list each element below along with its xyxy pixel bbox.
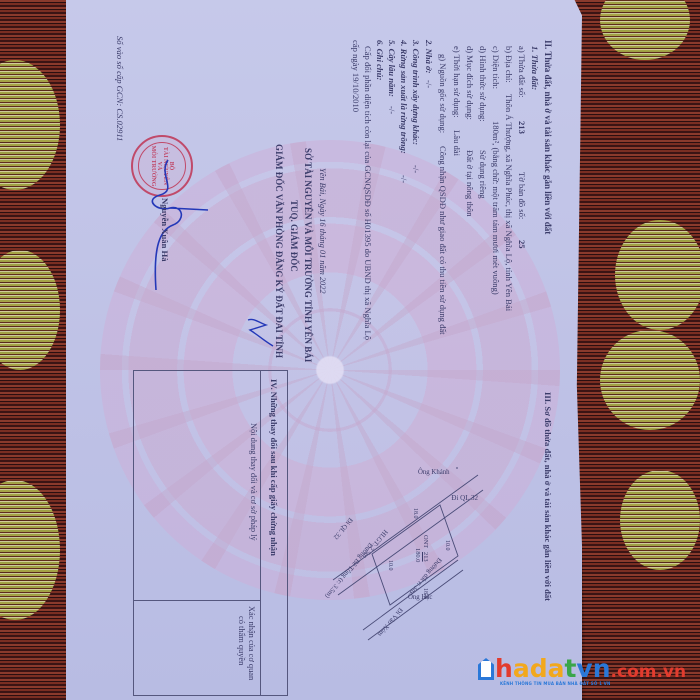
brand-domain: .com.vn <box>611 664 687 681</box>
authority-confirm-header-line2: có thẩm quyền <box>237 616 245 665</box>
section-4-header-row: IV. Những thay đổi sau khi cấp giấy chứn… <box>260 371 287 695</box>
parcel-no-value: 213 <box>517 121 526 134</box>
brand-letter: vn <box>576 656 610 681</box>
diagram-parcel-code: ONT <box>422 535 428 548</box>
forest-value: -/- <box>399 175 408 183</box>
notes-line-2: cấp ngày 19/10/2010 <box>351 40 360 112</box>
perennial-value: -/- <box>387 106 396 114</box>
diagram-west-neighbor: Ông Khánh <box>418 470 450 477</box>
mat-motif <box>620 470 700 570</box>
brand-letter: d <box>530 656 548 681</box>
map-sheet-label: Tờ bản đồ số: <box>517 172 526 219</box>
handwritten-signature <box>128 150 278 350</box>
origin-value: Công nhận QSDĐ như giao đất có thu tiền … <box>438 146 447 335</box>
registry-number: Số vào sổ cấp GCN: CS.02911 <box>115 36 124 141</box>
origin-label: g) Nguồn gốc sử dụng: <box>438 54 447 133</box>
notes-label: 6. Ghi chú: <box>375 40 384 80</box>
other-construction-label: 3. Công trình xây dựng khác: <box>411 40 420 145</box>
forest-label: 4. Rừng sản xuất là rừng trồng: <box>399 40 408 154</box>
perennial-label: 5. Cây lâu năm: <box>387 40 396 97</box>
usage-form-value: Sử dụng riêng <box>478 150 487 199</box>
usage-form-label: d) Hình thức sử dụng: <box>478 46 487 122</box>
diagram-side-bottom: 10.0 <box>387 560 393 571</box>
section-4-heading: IV. Những thay đổi sau khi cấp giấy chứn… <box>269 379 278 556</box>
area-label: c) Diện tích: <box>491 46 500 89</box>
parcel-sketch-diagram: Đi QL 32 <box>298 460 488 660</box>
brand-tagline: KÊNH THÔNG TIN MUA BÁN NHÀ ĐẤT SỐ 1 VN <box>500 682 611 686</box>
parcel-no-label: a) Thửa đất số: <box>517 46 526 98</box>
place-date: Yên Bái, Ngày 16 tháng 01 năm 2022 <box>318 168 326 294</box>
address-value: Thôn Á Thượng, xã Nghĩa Phúc, thị xã Ngh… <box>504 94 513 311</box>
mat-motif <box>0 480 60 620</box>
tuq-label: TUQ. GIÁM ĐỐC <box>289 200 298 272</box>
diagram-side-top: 10.0 <box>444 540 450 551</box>
land-use-certificate-page: II. Thửa đất, nhà ở và tài sản khác gắn … <box>66 0 578 700</box>
map-sheet-value: 25 <box>517 240 526 249</box>
diagram-parcel-no: 213 <box>422 552 428 562</box>
changes-content-header: Nội dung thay đổi và cơ sở pháp lý <box>249 423 257 541</box>
agency-name: SỞ TÀI NGUYÊN VÀ MÔI TRƯỜNG TỈNH YÊN BÁI <box>303 148 312 362</box>
brand-letter: a <box>513 656 530 681</box>
brand-letter: t <box>564 656 576 681</box>
mat-motif <box>615 220 700 330</box>
section-2-heading: II. Thửa đất, nhà ở và tài sản khác gắn … <box>543 40 552 234</box>
purpose-value: Đất ở tại nông thôn <box>465 150 474 217</box>
diagram-parcel-area: 180.0 <box>414 548 420 562</box>
changes-content-column: Nội dung thay đổi và cơ sở pháp lý <box>134 371 261 601</box>
section-3-heading: III. Sơ đồ thửa đất, nhà ở và tài sản kh… <box>543 392 552 601</box>
term-value: Lâu dài <box>452 130 461 156</box>
mat-motif <box>600 0 690 60</box>
other-construction-value: -/- <box>411 165 420 173</box>
section-2-1-label: 1. Thửa đất: <box>530 46 539 90</box>
signer-name: Nguyễn Xuân Hà <box>160 198 169 262</box>
diagram-side-right: 18.0 <box>422 588 428 599</box>
authority-confirm-header-line1: Xác nhận của cơ quan <box>247 606 255 680</box>
house-value: -/- <box>424 80 433 88</box>
mat-motif <box>0 60 60 190</box>
diagram-side-left: 18.0 <box>412 508 418 519</box>
term-label: e) Thời hạn sử dụng: <box>452 46 461 118</box>
section-4-changes-table: IV. Những thay đổi sau khi cấp giấy chứn… <box>133 370 288 696</box>
address-label: b) Địa chỉ: <box>504 46 513 83</box>
house-label: 2. Nhà ở: <box>424 40 433 74</box>
purpose-label: d) Mục đích sử dụng: <box>465 46 474 120</box>
brand-letter: a <box>548 656 565 681</box>
diagram-east-neighbor: Ông Hặc <box>408 595 432 602</box>
diagram-label: Đi QL 32 <box>451 494 478 502</box>
brand-letter: h <box>495 656 513 681</box>
mat-motif <box>0 250 60 370</box>
hadatvn-watermark-logo: hadatvn.com.vn KÊNH THÔNG TIN MUA BÁN NH… <box>478 655 686 681</box>
notes-line-1: Cấp đổi phần diện tích còn lại của GCNQS… <box>363 46 372 340</box>
area-value: 180m², (bằng chữ: một trăm tám mươi mét … <box>491 121 500 295</box>
house-logo-icon <box>478 658 494 680</box>
mat-motif <box>600 330 700 430</box>
